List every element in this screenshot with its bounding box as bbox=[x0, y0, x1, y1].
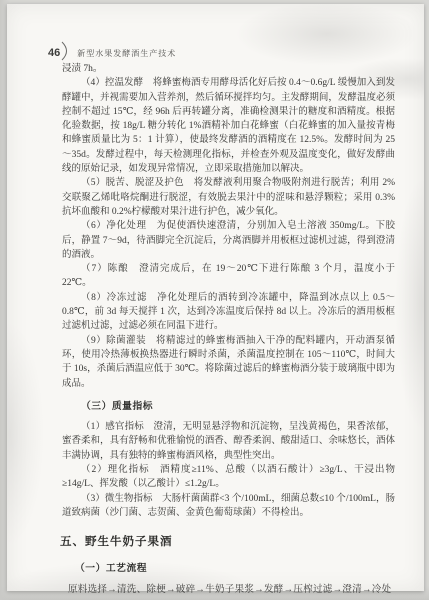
paragraph-step-7-aging: （7）陈酿 澄清完成后，在 19～20℃下进行陈酿 3 个月，温度小于 22℃。 bbox=[62, 262, 395, 291]
paragraph-step-6-purification: （6）净化处理 为促使酒快速澄清，分别加入皂土溶液 350mg/L。下胶后，静置… bbox=[62, 219, 395, 262]
page-number: 46 bbox=[48, 47, 60, 59]
heading-quality-indicators: （三）质量指标 bbox=[81, 400, 395, 414]
paragraph-microbial-indicators: （3）微生物指标 大肠杆菌菌群<3 个/100mL，细菌总数≤10 个/100m… bbox=[62, 492, 395, 521]
paragraph-physicochemical-indicators: （2）理化指标 酒精度≥11%、总酸（以酒石酸计）≥3g/L、干浸出物≥14g/… bbox=[62, 463, 395, 492]
paragraph-step-5-debitter: （5）脱苦、脱涩及护色 将发酵液利用聚合物吸附剂进行脱苦；利用 2%交联聚乙烯吡… bbox=[62, 176, 395, 219]
paragraph-sensory-indicators: （1）感官指标 澄清，无明显悬浮物和沉淀物，呈浅黄褐色，果香浓郁，蜜香柔和，具有… bbox=[62, 420, 395, 463]
page-header: 46 新型水果发酵酒生产技术 bbox=[48, 45, 394, 61]
scan-backdrop: 46 新型水果发酵酒生产技术 浸渍 7h。 （4）控温发酵 将蜂蜜梅酒专用酵母活… bbox=[0, 0, 429, 600]
paragraph-step-9-sterile-filling: （9）除菌灌装 将精滤过的蜂蜜梅酒抽入干净的配料罐内，开动酒泵循环，使用冷热薄板… bbox=[62, 334, 395, 391]
heading-process-flow: （一）工艺流程 bbox=[75, 562, 395, 576]
book-title: 新型水果发酵酒生产技术 bbox=[77, 48, 176, 59]
page-content: 浸渍 7h。 （4）控温发酵 将蜂蜜梅酒专用酵母活化好后按 0.4～0.6g/L… bbox=[62, 62, 395, 597]
book-page: 46 新型水果发酵酒生产技术 浸渍 7h。 （4）控温发酵 将蜂蜜梅酒专用酵母活… bbox=[7, 4, 424, 591]
page-number-arc-icon bbox=[61, 41, 71, 61]
process-flow-line: 原料选择→清洗、除梗→破碎→牛奶子果浆→发酵→压榨过滤→澄清→冷处 bbox=[68, 583, 395, 597]
paragraph-continuation: 浸渍 7h。 bbox=[62, 62, 395, 76]
paragraph-step-8-cold-filtration: （8）冷冻过滤 净化处理后的酒转到冷冻罐中，降温到冰点以上 0.5～0.8℃，前… bbox=[62, 291, 395, 334]
heading-section-five-wild-goumi-wine: 五、野生牛奶子果酒 bbox=[60, 535, 395, 549]
paragraph-step-4-fermentation: （4）控温发酵 将蜂蜜梅酒专用酵母活化好后按 0.4～0.6g/L 缓慢加入到发… bbox=[62, 76, 395, 176]
